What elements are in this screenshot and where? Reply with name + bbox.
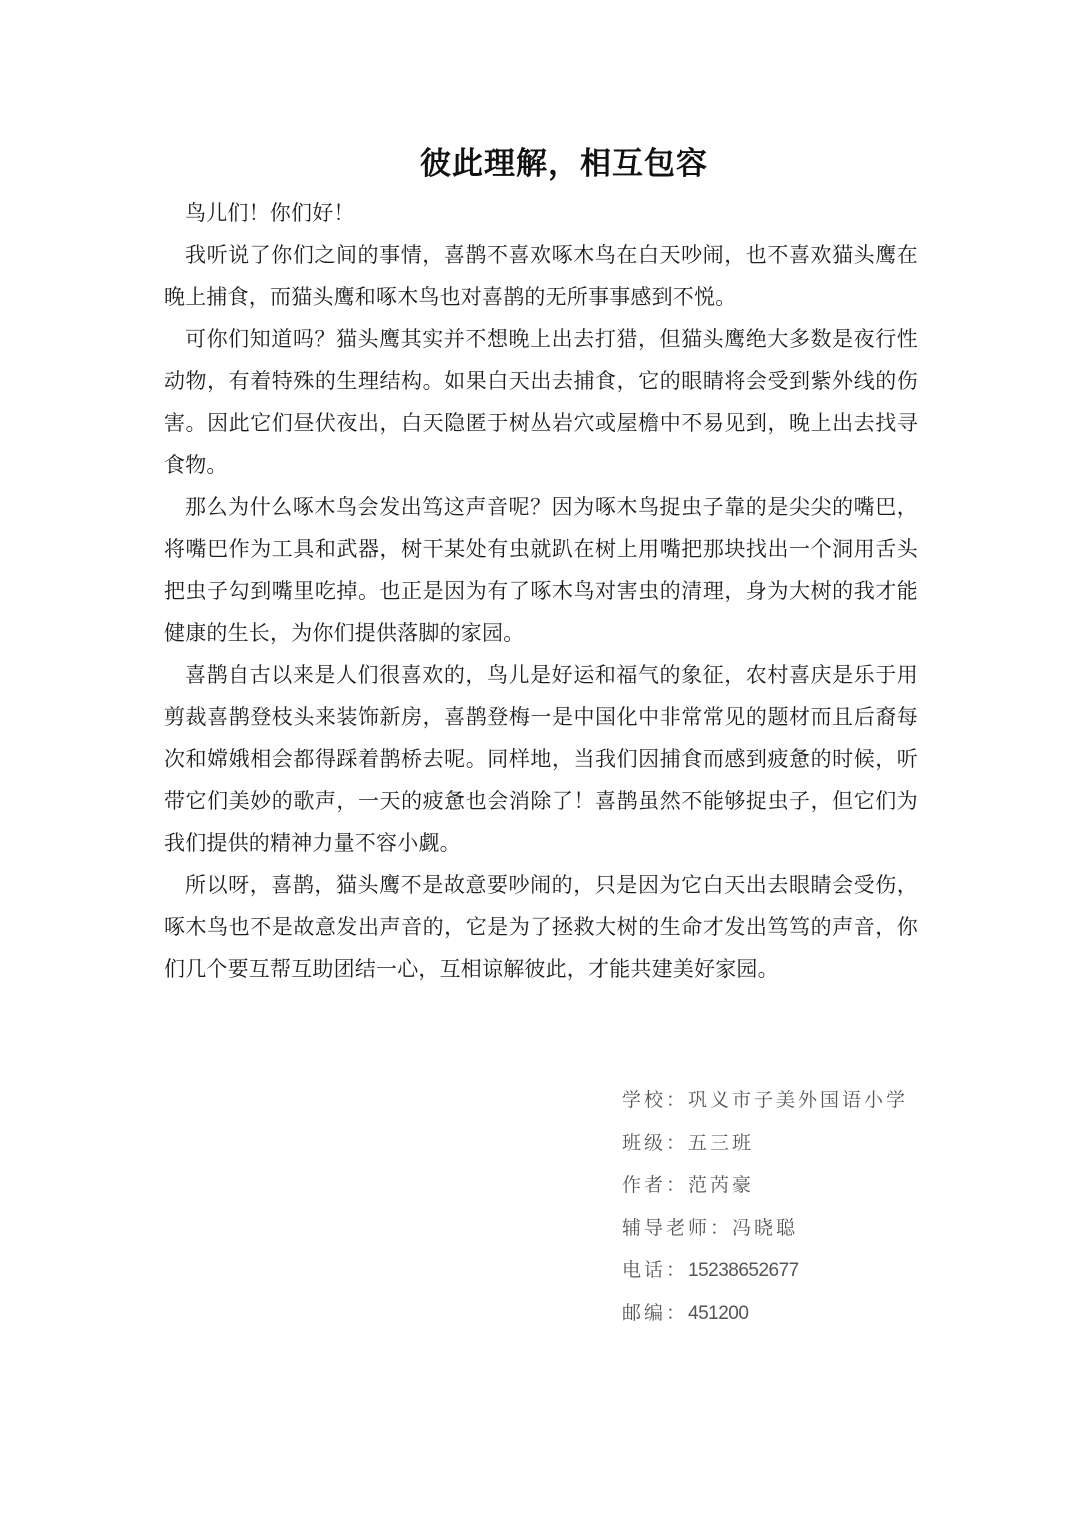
paragraph-2: 可你们知道吗？猫头鹰其实并不想晚上出去打猎，但猫头鹰绝大多数是夜行性动物，有着特… [164,318,918,486]
author-info: 学校：巩义市子美外国语小学 班级：五三班 作者：范芮豪 辅导老师：冯晓聪 电话：… [622,1079,908,1335]
paragraph-5: 所以呀，喜鹊，猫头鹰不是故意要吵闹的，只是因为它白天出去眼睛会受伤，啄木鸟也不是… [164,864,918,990]
phone-value: 15238652677 [688,1260,799,1281]
author-row: 作者：范芮豪 [622,1164,908,1207]
phone-row: 电话：15238652677 [622,1249,908,1292]
school-value: 巩义市子美外国语小学 [688,1089,908,1111]
teacher-label: 辅导老师： [622,1217,732,1239]
school-row: 学校：巩义市子美外国语小学 [622,1079,908,1122]
phone-label: 电话： [622,1259,688,1281]
essay-title: 彼此理解，相互包容 [0,138,1080,183]
teacher-value: 冯晓聪 [732,1217,798,1239]
paragraph-4: 喜鹊自古以来是人们很喜欢的，鸟儿是好运和福气的象征，农村喜庆是乐于用剪裁喜鹊登枝… [164,654,918,864]
postcode-label: 邮编： [622,1302,688,1324]
paragraph-3: 那么为什么啄木鸟会发出笃这声音呢？因为啄木鸟捉虫子靠的是尖尖的嘴巴，将嘴巴作为工… [164,486,918,654]
essay-body: 鸟儿们！你们好！ 我听说了你们之间的事情，喜鹊不喜欢啄木鸟在白天吵闹，也不喜欢猫… [164,192,918,990]
postcode-value: 451200 [688,1303,748,1324]
paragraph-1: 我听说了你们之间的事情，喜鹊不喜欢啄木鸟在白天吵闹，也不喜欢猫头鹰在晚上捕食，而… [164,234,918,318]
class-row: 班级：五三班 [622,1122,908,1165]
class-value: 五三班 [688,1132,754,1154]
author-value: 范芮豪 [688,1174,754,1196]
author-label: 作者： [622,1174,688,1196]
postcode-row: 邮编：451200 [622,1292,908,1335]
school-label: 学校： [622,1089,688,1111]
class-label: 班级： [622,1132,688,1154]
greeting: 鸟儿们！你们好！ [164,192,918,234]
teacher-row: 辅导老师：冯晓聪 [622,1207,908,1250]
